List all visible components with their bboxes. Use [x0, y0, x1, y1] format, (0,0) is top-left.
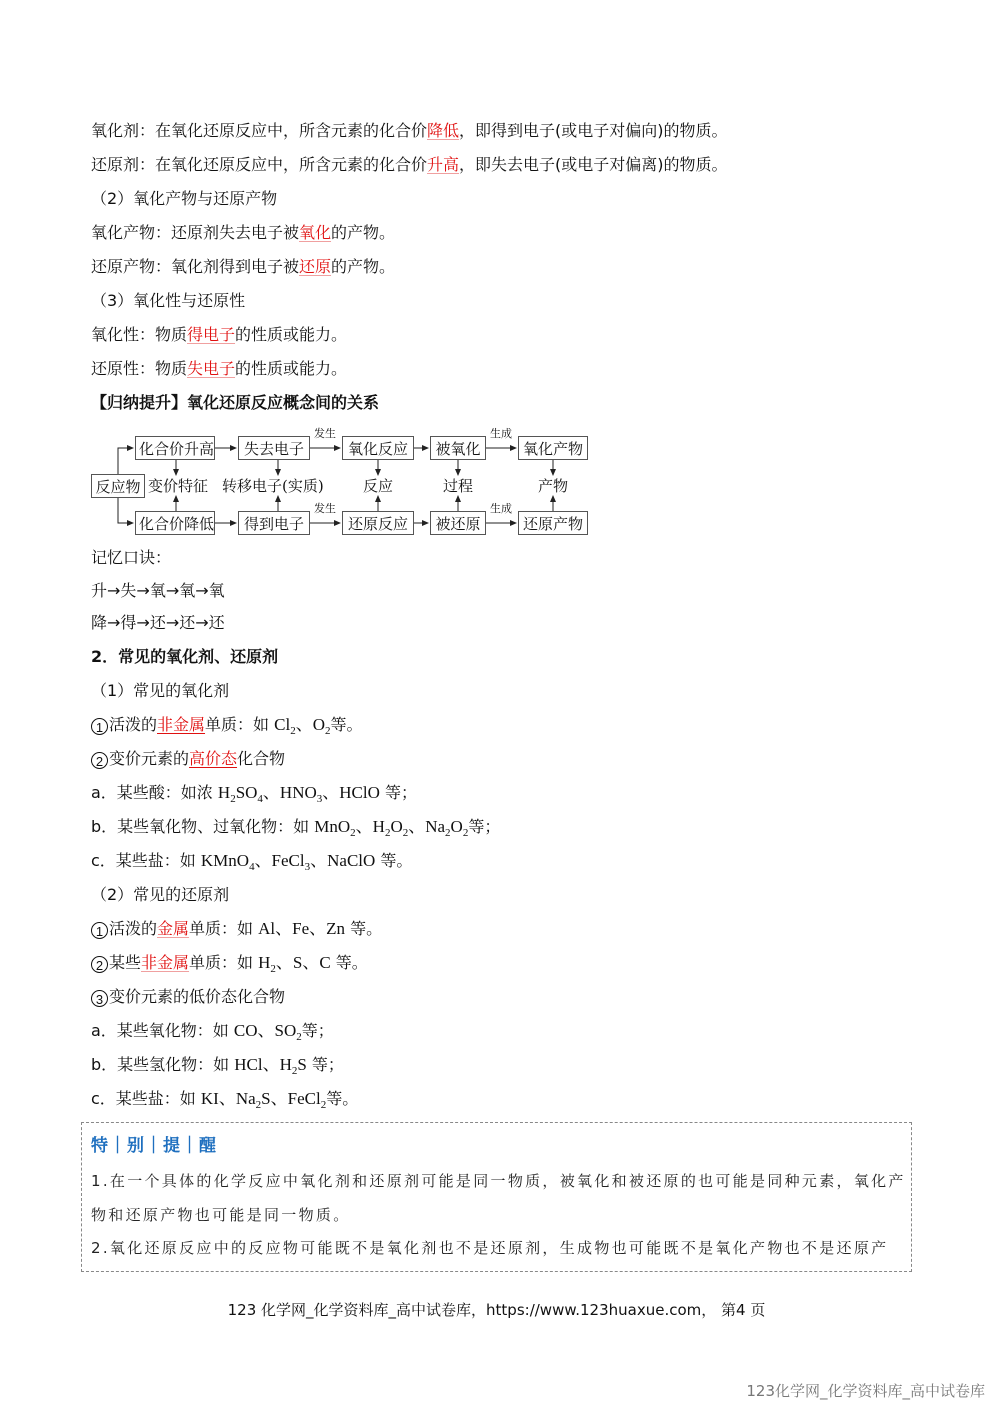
- diagram-box: 被还原: [430, 511, 486, 535]
- item-text: a．某些氧化物：如: [91, 1021, 234, 1040]
- diagram-box: 还原反应: [342, 511, 414, 535]
- oxidant-item-1: 1活泼的非金属单质：如 Cl2、O2等。: [91, 715, 362, 735]
- diagram-box: 被氧化: [430, 436, 486, 460]
- item-text: 等。: [330, 715, 362, 734]
- key-term: 非金属: [141, 953, 189, 972]
- special-reminder-box: 特｜别｜提｜醒 1.在一个具体的化学反应中氧化剂和还原剂可能是同一物质，被氧化和…: [81, 1122, 912, 1272]
- circled-number: 1: [91, 922, 108, 939]
- key-term: 金属: [157, 919, 189, 938]
- key-term: 降低: [427, 121, 459, 140]
- item-text: c．某些盐：如: [91, 1089, 201, 1108]
- def-text: 的性质或能力。: [235, 325, 347, 344]
- diagram-box: 失去电子: [238, 436, 310, 460]
- item-text: 变价元素的低价态化合物: [109, 987, 285, 1006]
- item-text: 等；: [380, 783, 417, 802]
- def-text: 氧化性：物质: [91, 325, 187, 344]
- circled-number: 2: [91, 752, 108, 769]
- item-text: b．某些氢化物：如: [91, 1055, 234, 1074]
- chem-formula: CO、SO2: [234, 1021, 302, 1040]
- key-term: 得电子: [187, 325, 235, 344]
- def-red-product: 还原产物：氧化剂得到电子被还原的产物。: [91, 257, 395, 277]
- chem-formula: MnO2、H2O2、Na2O2: [314, 817, 468, 836]
- mnemonic-title: 记忆口诀：: [91, 548, 171, 568]
- reductant-item-1: 1活泼的金属单质：如 Al、Fe、Zn 等。: [91, 919, 382, 939]
- item-text: 活泼的: [109, 715, 157, 734]
- reductant-item-2: 2某些非金属单质：如 H2、S、C 等。: [91, 953, 368, 973]
- arrow-label: 生成: [490, 500, 512, 516]
- circled-number: 2: [91, 956, 108, 973]
- reductant-oxides: a．某些氧化物：如 CO、SO2等；: [91, 1021, 334, 1041]
- subsection-title: （2）氧化产物与还原产物: [91, 189, 277, 209]
- oxidant-salts: c．某些盐：如 KMnO4、FeCl3、NaClO 等。: [91, 851, 412, 871]
- subsection-title: （3）氧化性与还原性: [91, 291, 245, 311]
- circled-number: 1: [91, 718, 108, 735]
- def-text: 氧化产物：还原剂失去电子被: [91, 223, 299, 242]
- chem-formula: KMnO4、FeCl3、NaClO: [201, 851, 375, 870]
- diagram-box: 得到电子: [238, 511, 310, 535]
- chem-formula: Cl2、O2: [274, 715, 330, 734]
- circled-number: 3: [91, 990, 108, 1007]
- reductant-salts: c．某些盐：如 KI、Na2S、FeCl2等。: [91, 1089, 358, 1109]
- diagram-box: 氧化反应: [342, 436, 414, 460]
- chem-formula: KI、Na2S、FeCl2: [201, 1089, 326, 1108]
- item-text: 单质：如: [189, 953, 258, 972]
- reminder-text: 2.氧化还原反应中的反应物可能既不是氧化剂也不是还原剂，生成物也可能既不是氧化产…: [91, 1238, 888, 1258]
- item-text: 活泼的: [109, 919, 157, 938]
- def-oxidant: 氧化剂：在氧化还原反应中，所含元素的化合价降低，即得到电子(或电子对偏向)的物质…: [91, 121, 728, 141]
- page-footer: 123 化学网_化学资料库_高中试卷库，https://www.123huaxu…: [0, 1299, 993, 1320]
- def-text: 还原产物：氧化剂得到电子被: [91, 257, 299, 276]
- key-term: 还原: [299, 257, 331, 276]
- key-term: 高价态: [189, 749, 237, 768]
- reductant-hydrides: b．某些氢化物：如 HCl、H2S 等；: [91, 1055, 344, 1075]
- item-text: 等；: [302, 1021, 334, 1040]
- diagram-label: 变价特征: [148, 476, 208, 496]
- oxidant-acids: a．某些酸：如浓 H2SO4、HNO3、HClO 等；: [91, 783, 417, 803]
- chem-formula: H2、S、C: [258, 953, 331, 972]
- section-heading: 2．常见的氧化剂、还原剂: [91, 647, 278, 667]
- item-text: 单质：如: [205, 715, 274, 734]
- item-text: 等；: [307, 1055, 344, 1074]
- def-text: 的产物。: [331, 257, 395, 276]
- mnemonic-line: 升→失→氧→氧→氧: [91, 581, 225, 601]
- diagram-label: 反应: [363, 476, 393, 496]
- item-text: 等。: [375, 851, 412, 870]
- diagram-start-box: 反应物: [91, 474, 145, 498]
- diagram-box: 化合价升高: [135, 436, 215, 460]
- subsection-title: （2）常见的还原剂: [91, 885, 229, 905]
- key-term: 失电子: [187, 359, 235, 378]
- reductant-item-3: 3变价元素的低价态化合物: [91, 987, 285, 1007]
- subsection-title: （1）常见的氧化剂: [91, 681, 229, 701]
- oxidant-oxides: b．某些氧化物、过氧化物：如 MnO2、H2O2、Na2O2等；: [91, 817, 500, 837]
- item-text: 等；: [468, 817, 500, 836]
- item-text: c．某些盐：如: [91, 851, 201, 870]
- watermark: 123化学网_化学资料库_高中试卷库: [746, 1380, 985, 1401]
- def-reductant: 还原剂：在氧化还原反应中，所含元素的化合价升高，即失去电子(或电子对偏离)的物质…: [91, 155, 728, 175]
- summary-heading: 【归纳提升】氧化还原反应概念间的关系: [91, 393, 379, 413]
- concept-diagram: 反应物 化合价升高 失去电子 氧化反应 被氧化 氧化产物 化合价降低 得到电子 …: [88, 430, 598, 540]
- oxidant-item-2: 2变价元素的高价态化合物: [91, 749, 285, 769]
- item-text: 单质：如: [189, 919, 258, 938]
- arrow-label: 发生: [314, 500, 336, 516]
- def-text: ，即失去电子(或电子对偏离)的物质。: [459, 155, 728, 174]
- key-term: 氧化: [299, 223, 331, 242]
- chem-formula: H2SO4、HNO3、HClO: [218, 783, 380, 802]
- diagram-box: 氧化产物: [518, 436, 588, 460]
- chem-formula: Al、Fe、Zn: [258, 919, 345, 938]
- reminder-text: 物和还原产物也可能是同一物质。: [91, 1205, 351, 1225]
- def-text: 还原剂：在氧化还原反应中，所含元素的化合价: [91, 155, 427, 174]
- diagram-label: 过程: [443, 476, 473, 496]
- mnemonic-line: 降→得→还→还→还: [91, 613, 225, 633]
- def-text: 的产物。: [331, 223, 395, 242]
- item-text: 等。: [326, 1089, 358, 1108]
- diagram-box: 还原产物: [518, 511, 588, 535]
- item-text: 等。: [345, 919, 382, 938]
- diagram-box: 化合价降低: [135, 511, 215, 535]
- reminder-title: 特｜别｜提｜醒: [91, 1131, 217, 1156]
- def-oxidizing: 氧化性：物质得电子的性质或能力。: [91, 325, 347, 345]
- diagram-label: 产物: [538, 476, 568, 496]
- arrow-label: 生成: [490, 425, 512, 441]
- item-text: b．某些氧化物、过氧化物：如: [91, 817, 314, 836]
- key-term: 升高: [427, 155, 459, 174]
- key-term: 非金属: [157, 715, 205, 734]
- def-text: 的性质或能力。: [235, 359, 347, 378]
- reminder-text: 1.在一个具体的化学反应中氧化剂和还原剂可能是同一物质，被氧化和被还原的也可能是…: [91, 1171, 906, 1191]
- def-text: 氧化剂：在氧化还原反应中，所含元素的化合价: [91, 121, 427, 140]
- def-text: 还原性：物质: [91, 359, 187, 378]
- item-text: 化合物: [237, 749, 285, 768]
- def-reducing: 还原性：物质失电子的性质或能力。: [91, 359, 347, 379]
- item-text: 等。: [331, 953, 368, 972]
- item-text: a．某些酸：如浓: [91, 783, 218, 802]
- chem-formula: HCl、H2S: [234, 1055, 307, 1074]
- def-text: ，即得到电子(或电子对偏向)的物质。: [459, 121, 728, 140]
- item-text: 某些: [109, 953, 141, 972]
- def-ox-product: 氧化产物：还原剂失去电子被氧化的产物。: [91, 223, 395, 243]
- item-text: 变价元素的: [109, 749, 189, 768]
- diagram-label: 转移电子(实质): [222, 476, 324, 496]
- arrow-label: 发生: [314, 425, 336, 441]
